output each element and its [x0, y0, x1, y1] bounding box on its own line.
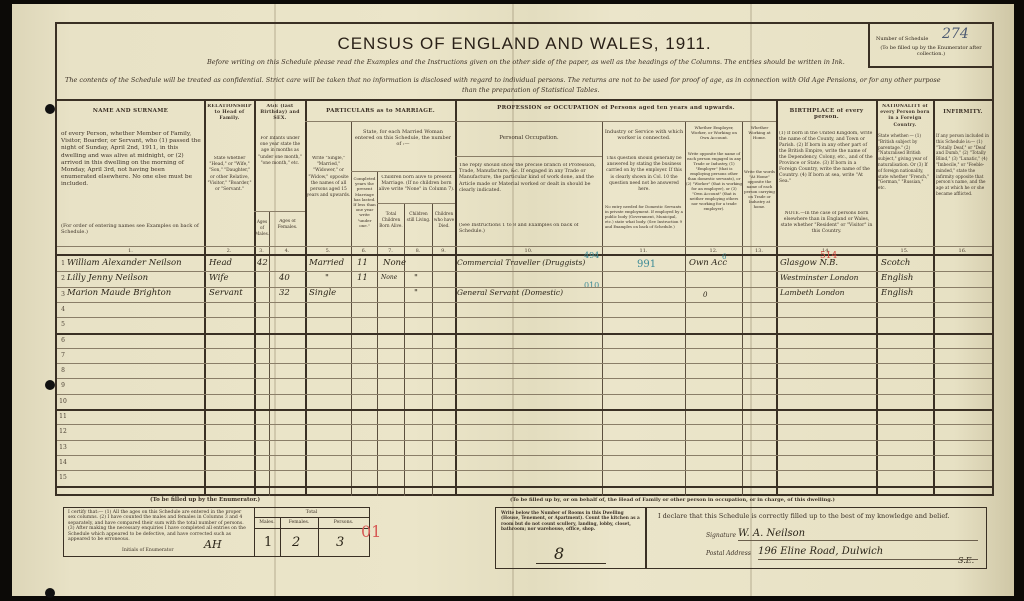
census-table: NAME AND SURNAME of every Person, whethe…: [57, 99, 992, 496]
females-label: Females.: [280, 520, 318, 525]
row-divider: [57, 287, 992, 288]
header-children-living: Children still Living.: [405, 211, 432, 223]
row-divider: [57, 363, 992, 364]
row3-occupation-code: 010: [584, 281, 599, 290]
header-relationship-body: State whether "Head," or "Wife," "Son," …: [207, 156, 252, 193]
header-years-married: Completed years the present Marriage has…: [352, 176, 377, 228]
col-number: 9.: [432, 248, 455, 254]
punch-hole-icon: [45, 380, 55, 390]
col-number: 8.: [404, 248, 432, 254]
header-children-died: Children who have Died.: [433, 211, 455, 230]
header-age-body: For Infants under one year state the age…: [256, 136, 304, 167]
header-marital-condition: Write "Single," "Married," "Widower," or…: [306, 156, 351, 199]
row-number: 11: [59, 413, 67, 420]
header-industry: Industry or Service with which worker is…: [603, 129, 685, 141]
row2-relationship: Wife: [209, 273, 228, 283]
col-number: 16.: [933, 248, 992, 254]
header-personal-occupation-note: (See Instructions 1 to 8 and Examples on…: [459, 223, 599, 235]
signature-value: W. A. Neilson: [738, 528, 805, 539]
row1-marital: Married: [309, 258, 344, 268]
row1-industry-code: 991: [637, 259, 656, 270]
row3-marital: Single: [309, 288, 336, 298]
col-number: 13.: [742, 248, 776, 254]
row1-employer-code: 6: [722, 253, 726, 261]
col-number: 4.: [269, 248, 305, 254]
row-number: 14: [59, 459, 67, 466]
instruction-line: Before writing on this Schedule please r…: [207, 58, 845, 66]
header-name: NAME AND SURNAME: [57, 108, 204, 114]
header-birthplace-body: (1) If born in the United Kingdom, write…: [779, 131, 874, 185]
row1-age-male: 42: [257, 258, 268, 268]
declaration-box: I declare that this Schedule is correctl…: [645, 507, 987, 569]
row-number: 7: [59, 352, 67, 359]
row-number: 4: [59, 306, 67, 313]
row-divider: [57, 317, 992, 318]
row-number: 15: [59, 474, 67, 481]
rooms-box: Write below the Number of Rooms in this …: [495, 507, 647, 569]
row2-age-female: 40: [279, 273, 290, 283]
row-divider: [57, 486, 992, 488]
row-divider: [57, 333, 992, 335]
header-children: Children born alive to present Marriage.…: [378, 175, 455, 194]
header-personal-occupation: Personal Occupation.: [456, 135, 602, 141]
row-number: 9: [59, 382, 67, 389]
schedule-number-box: Number of Schedule 274 (To be filled up …: [868, 22, 994, 68]
enumerator-initials: AH: [204, 538, 222, 551]
col-number: 1.: [57, 248, 204, 254]
schedule-number-value: 274: [942, 26, 969, 42]
row2-marital: ": [325, 273, 329, 283]
schedule-number-note: (To be filled up by the Enumerator after…: [874, 45, 988, 57]
col-number: 3.: [254, 248, 269, 254]
header-personal-occupation-body: The reply should show the precise branch…: [459, 163, 599, 194]
row2-birthplace: Westminster London: [780, 273, 858, 282]
col-number: 2.: [204, 248, 254, 254]
header-at-home-body: Write the words "At Home" opposite the n…: [743, 169, 776, 209]
row2-years-married: 11: [357, 273, 368, 283]
total-females: 2: [292, 535, 300, 550]
head-section-heading: (To be filled up by, or on behalf of, th…: [510, 497, 835, 503]
col-number: 5.: [305, 248, 351, 254]
row-divider: [57, 394, 992, 395]
row-divider: [57, 302, 992, 303]
row-number: 2: [59, 275, 67, 282]
row-number: 12: [59, 428, 67, 435]
row3-children-living: ": [414, 288, 418, 298]
total-males: 1: [264, 535, 272, 550]
header-occupation: PROFESSION or OCCUPATION of Persons aged…: [456, 105, 776, 111]
header-infirmity: INFIRMITY.: [934, 109, 992, 115]
row-divider: [57, 378, 992, 379]
punch-hole-icon: [45, 104, 55, 114]
row1-years-married: 11: [357, 258, 368, 268]
header-employer-body: Write opposite the name of each person e…: [686, 151, 742, 243]
header-at-home: Whether Working at Home.: [743, 125, 776, 140]
header-nationality: NATIONALITY of every Person born in a Fo…: [877, 104, 933, 129]
row3-relationship: Servant: [209, 288, 243, 298]
row-divider: [57, 348, 992, 349]
enumerator-heading: (To be filled up by the Enumerator.): [150, 497, 260, 503]
row-divider: [57, 424, 992, 425]
header-birthplace-note: NOTE.—In the case of persons born elsewh…: [779, 211, 874, 235]
row-number: 10: [59, 398, 67, 405]
row3-employer-code: 0: [703, 291, 707, 299]
confidential-line: The contents of the Schedule will be tre…: [65, 76, 941, 84]
males-label: Males.: [254, 520, 280, 525]
row2-children-born: None: [381, 274, 397, 281]
confidential-line-2: than the preparation of Statistical Tabl…: [462, 86, 600, 94]
header-name-note: (For order of entering names see Example…: [61, 223, 201, 235]
header-industry-body: This question should generally be answer…: [605, 156, 683, 193]
census-form: CENSUS OF ENGLAND AND WALES, 1911. Befor…: [55, 22, 994, 496]
enumerator-box: I certify that:— (1) All the ages on thi…: [63, 507, 370, 557]
row-number: 6: [59, 337, 67, 344]
row2-nationality: English: [881, 273, 913, 283]
row1-name: William Alexander Neilson: [67, 258, 182, 268]
row-divider: [57, 455, 992, 456]
header-industry-note: No entry needed for Domestic Servants in…: [605, 204, 683, 229]
row3-birthplace: Lambeth London: [780, 288, 845, 297]
row3-age-female: 32: [279, 288, 290, 298]
row1-children-born: None: [383, 258, 406, 268]
row-divider: [57, 271, 992, 272]
row3-name: Marion Maude Brighton: [67, 288, 171, 298]
row-number: 5: [59, 321, 67, 328]
total-persons: 3: [336, 535, 344, 550]
header-birthplace: BIRTHPLACE of every person.: [777, 108, 876, 120]
row-divider: [57, 440, 992, 441]
row-number: 1: [59, 260, 67, 267]
header-infirmity-body: If any person included in this Schedule …: [936, 133, 990, 197]
schedule-number-label: Number of Schedule: [876, 36, 928, 42]
col-number: 12.: [685, 248, 742, 254]
col-number: 11.: [602, 248, 685, 254]
page-title: CENSUS OF ENGLAND AND WALES, 1911.: [57, 34, 992, 54]
punch-hole-icon: [45, 588, 55, 598]
address-line2: S.E.: [958, 556, 974, 565]
row2-name: Lilly Jenny Neilson: [67, 273, 148, 283]
header-marriage: PARTICULARS as to MARRIAGE.: [306, 108, 455, 114]
rooms-instruction: Write below the Number of Rooms in this …: [501, 511, 641, 533]
red-tally-mark: 01: [361, 522, 381, 541]
header-relationship: RELATIONSHIP to Head of Family.: [205, 104, 254, 123]
row-number: 13: [59, 444, 67, 451]
rooms-count: 8: [554, 544, 564, 563]
header-age-males: Ages of Males.: [255, 219, 269, 238]
row3-nationality: English: [881, 288, 913, 298]
row1-occupation: Commercial Traveller (Druggists): [457, 258, 585, 267]
row1-birthplace-code: 514: [820, 251, 837, 261]
address-value: 196 Eline Road, Dulwich: [758, 546, 883, 557]
col-number: 10.: [455, 248, 602, 254]
declaration-text: I declare that this Schedule is correctl…: [658, 512, 949, 520]
signature-label: Signature: [706, 532, 736, 539]
header-age: AGE (last Birthday) and SEX.: [255, 104, 305, 123]
header-children-total: Total Children Born Alive.: [378, 211, 404, 230]
col-number: 15.: [876, 248, 933, 254]
col-number: 6.: [351, 248, 377, 254]
total-label: Total: [254, 510, 369, 515]
col-number: 7.: [377, 248, 404, 254]
row-number: 3: [59, 291, 67, 298]
header-age-females: Ages of Females.: [270, 219, 305, 231]
row1-nationality: Scotch: [881, 258, 910, 268]
header-married-women: State, for each Married Woman entered on…: [353, 129, 453, 148]
row3-occupation: General Servant (Domestic): [457, 288, 563, 297]
header-nationality-body: State whether:— (1) "British subject by …: [878, 133, 932, 191]
header-name-body: of every Person, whether Member of Famil…: [61, 131, 201, 189]
row1-occupation-code: 494: [584, 251, 599, 260]
row-divider: [57, 470, 992, 471]
enumerator-initials-label: Initials of Enumerator: [122, 548, 174, 553]
row-number: 8: [59, 367, 67, 374]
footer-section: (To be filled up by the Enumerator.) I c…: [55, 494, 990, 574]
address-label: Postal Address: [706, 550, 751, 557]
row1-relationship: Head: [209, 258, 232, 268]
header-employer: Whether Employer, Worker, or Working on …: [686, 125, 742, 140]
row-divider: [57, 409, 992, 411]
row2-children-living: ": [414, 273, 418, 283]
